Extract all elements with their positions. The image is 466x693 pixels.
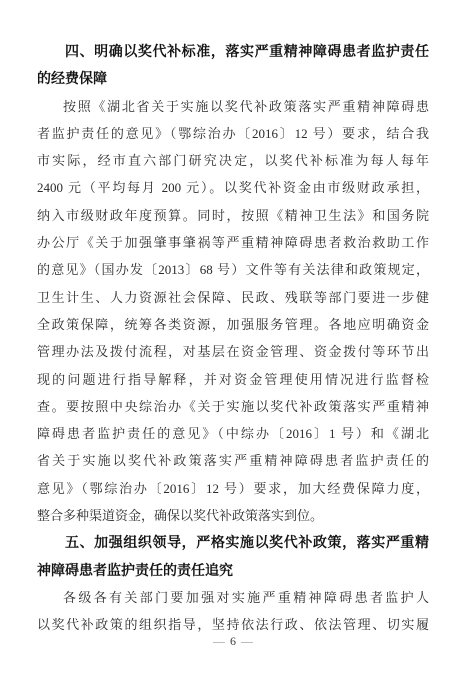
body-text-line: 查。要按照中央综治办《关于实施以奖代补政策落实严重精神 xyxy=(37,393,429,420)
body-text-line: 现的问题进行指导解释，并对资金管理使用情况进行监督检 xyxy=(37,366,429,393)
section-heading-line: 神障碍患者监护责任的责任追究 xyxy=(37,557,429,584)
body-text-line: 障碍患者监护责任的意见》（中综办〔2016〕1 号）和《湖北 xyxy=(37,420,429,447)
page-number-dash-right: — xyxy=(241,634,253,648)
page-footer: —6— xyxy=(0,634,466,648)
body-text-line: 管理办法及拨付流程，对基层在资金管理、资金拨付等环节出 xyxy=(37,338,429,365)
section-heading-line: 的经费保障 xyxy=(37,65,429,92)
body-text-line: 全政策保障，统筹各类资源，加强服务管理。各地应明确资金 xyxy=(37,311,429,338)
body-text-line: 者监护责任的意见》（鄂综治办〔2016〕12 号）要求，结合我 xyxy=(37,120,429,147)
body-text-line: 卫生计生、人力资源社会保障、民政、残联等部门要进一步健 xyxy=(37,284,429,311)
section-heading-line: 四、明确以奖代补标准，落实严重精神障碍患者监护责任 xyxy=(37,38,429,65)
body-text-line: 整合多种渠道资金，确保以奖代补政策落实到位。 xyxy=(37,502,429,529)
body-text-line: 的意见》（国办发〔2013〕68 号）文件等有关法律和政策规定， xyxy=(37,256,429,283)
body-text-line: 各级各有关部门要加强对实施严重精神障碍患者监护人 xyxy=(37,584,429,611)
body-text-line: 2400 元（平均每月 200 元）。以奖代补资金由市级财政承担， xyxy=(37,174,429,201)
document-page: 四、明确以奖代补标准，落实严重精神障碍患者监护责任的经费保障按照《湖北省关于实施… xyxy=(0,0,466,693)
body-text-line: 纳入市级财政年度预算。同时，按照《精神卫生法》和国务院 xyxy=(37,202,429,229)
body-text-line: 省关于实施以奖代补政策落实严重精神障碍患者监护责任的 xyxy=(37,447,429,474)
body-text-line: 市实际，经市直六部门研究决定，以奖代补标准为每人每年 xyxy=(37,147,429,174)
page-number: 6 xyxy=(230,634,236,648)
body-text-line: 办公厅《关于加强肇事肇祸等严重精神障碍患者救治救助工作 xyxy=(37,229,429,256)
body-text-line: 意见》（鄂综治办〔2016〕12 号）要求，加大经费保障力度， xyxy=(37,475,429,502)
section-heading-line: 五、加强组织领导，严格实施以奖代补政策，落实严重精 xyxy=(37,529,429,556)
body-text-line: 按照《湖北省关于实施以奖代补政策落实严重精神障碍患 xyxy=(37,93,429,120)
page-number-dash-left: — xyxy=(213,634,225,648)
document-text-block: 四、明确以奖代补标准，落实严重精神障碍患者监护责任的经费保障按照《湖北省关于实施… xyxy=(37,38,429,639)
